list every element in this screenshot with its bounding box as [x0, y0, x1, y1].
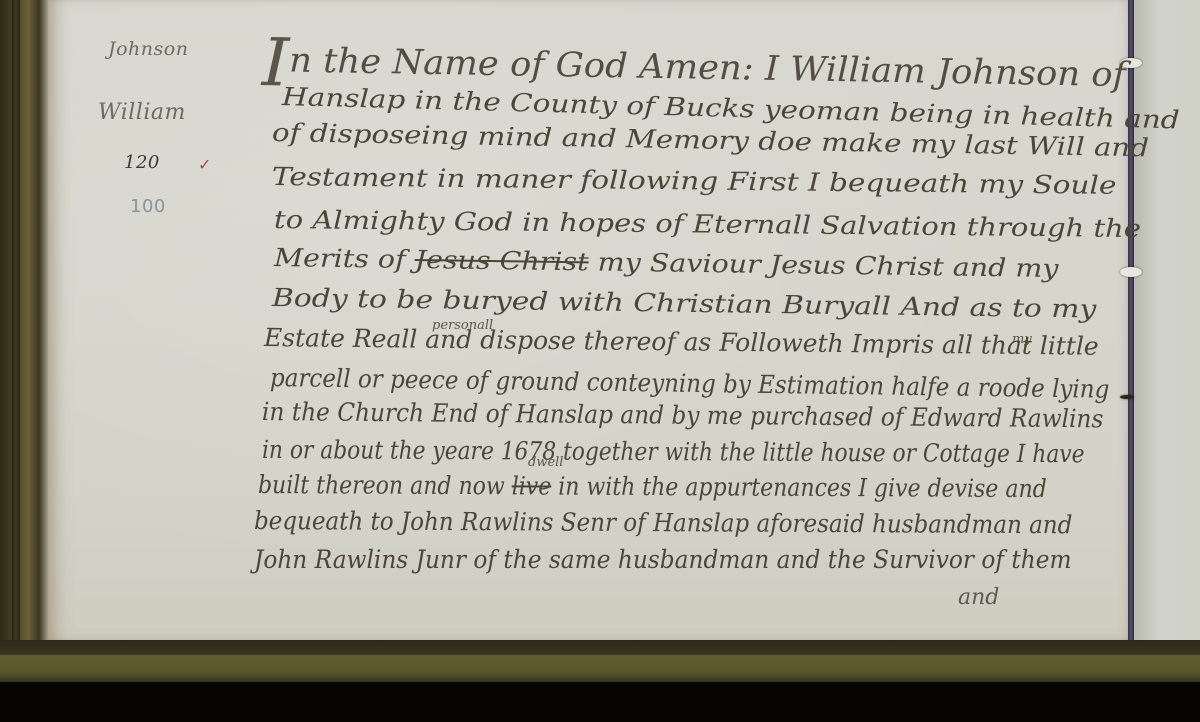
book-binding-left [0, 0, 52, 660]
book-cover-board [0, 655, 1200, 685]
will-line-12: built thereon and now live in with the a… [258, 470, 1047, 503]
catchword: and [958, 585, 999, 610]
margin-surname: Johnson [108, 38, 188, 60]
binding-stitch-icon [1120, 395, 1134, 399]
page-gutter [1128, 0, 1134, 652]
margin-forename: William [98, 100, 186, 125]
margin-folio-number: 120 [124, 152, 160, 173]
manuscript-photo: Johnson William 120 ✓ 100 In the Name of… [0, 0, 1200, 722]
struck-text: Jesus Christ [414, 245, 588, 276]
will-line-13: bequeath to John Rawlins Senr of Hanslap… [254, 506, 1073, 539]
interlinear-dwell: dwell [528, 455, 563, 470]
margin-pencil-number: 100 [130, 196, 166, 217]
struck-text: live [512, 471, 552, 500]
binding-stitch-icon [1120, 267, 1142, 277]
red-check-icon: ✓ [198, 155, 212, 174]
will-line-11: in or about the yeare 1678 together with… [262, 435, 1085, 468]
background-shadow [0, 682, 1200, 722]
facing-page [1134, 0, 1200, 640]
will-line-14: John Rawlins Junr of the same husbandman… [254, 545, 1072, 574]
